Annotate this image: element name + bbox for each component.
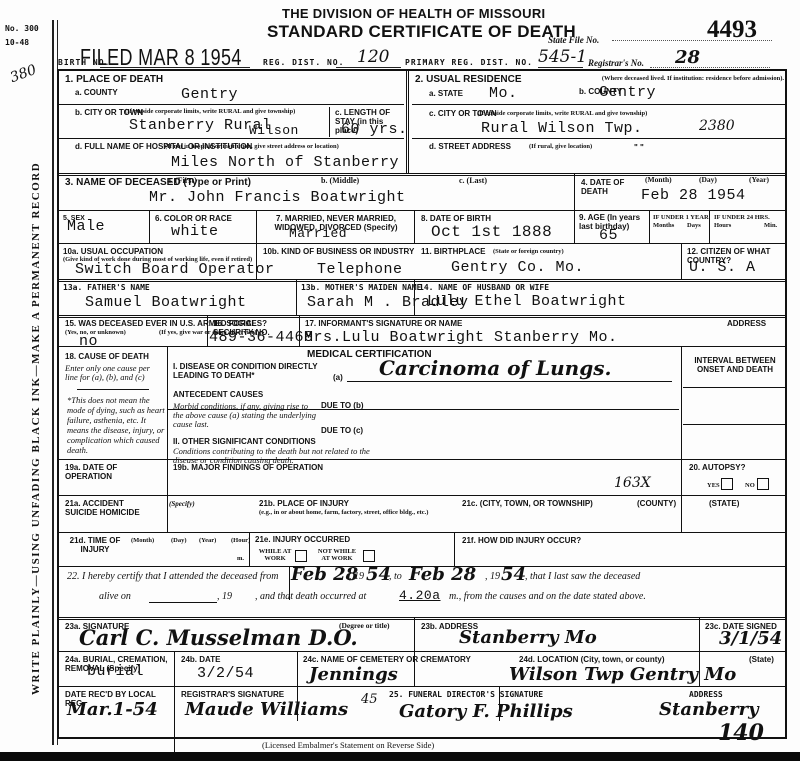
column-divider	[709, 211, 710, 243]
dob-label: 8. DATE OF BIRTH	[421, 214, 491, 223]
due-to-b-label: DUE TO (b)	[321, 401, 364, 410]
mother-label: 13b. MOTHER'S MAIDEN NAME	[301, 283, 421, 292]
injury-county-label: (COUNTY)	[637, 499, 676, 508]
last-name-label: c. (Last)	[459, 177, 487, 184]
occupation-value: Switch Board Operator	[75, 261, 275, 278]
armed-forces-value: no	[79, 333, 98, 350]
divider	[59, 104, 404, 105]
min-label: Min.	[764, 222, 777, 229]
residence-city-note: (If outside corporate limits, write RURA…	[477, 110, 647, 117]
cert-to-label: , to	[389, 572, 402, 581]
operation-date-label: 19a. DATE OF OPERATION	[65, 463, 165, 481]
line-a-underline	[347, 381, 672, 382]
funeral-director-signature: Gatory F. Phillips	[399, 701, 573, 722]
date-of-death-value: Feb 28 1954	[641, 187, 746, 204]
header-division: THE DIVISION OF HEALTH OF MISSOURI	[282, 6, 545, 21]
injury-day-label: (Day)	[171, 537, 187, 544]
not-while-at-work-label: NOT WHILE AT WORK	[313, 548, 361, 562]
column-divider	[454, 532, 455, 566]
cert-text-1: 22. I hereby certify that I attended the…	[67, 572, 278, 581]
birth-no-line	[100, 67, 250, 68]
middle-name-label: b. (Middle)	[321, 177, 359, 184]
divider	[59, 243, 787, 244]
physician-signature: Carl C. Musselman D.O.	[79, 625, 358, 650]
cert-to-year-prefix: , 19	[485, 572, 500, 581]
antecedent-label: ANTECEDENT CAUSES	[173, 390, 263, 399]
ssn-value: 489-36-4468	[209, 329, 314, 346]
registrar-no-line	[650, 67, 770, 68]
autopsy-no-checkbox[interactable]	[757, 478, 769, 490]
form-number: No. 300 10-48	[5, 22, 39, 50]
deceased-name-label: 3. NAME OF DECEASED (Type or Print)	[65, 177, 251, 188]
date-signed-value: 3/1/54	[719, 628, 782, 649]
father-value: Samuel Boatwright	[85, 294, 247, 311]
how-injury-label: 21f. HOW DID INJURY OCCUR?	[462, 536, 581, 545]
informant-label: 17. INFORMANT'S SIGNATURE OR NAME	[305, 319, 462, 328]
cemetery-label: 24c. NAME OF CEMETERY OR CREMATORY	[303, 655, 471, 664]
injury-year-label: (Year)	[199, 537, 216, 544]
location-label: 24d. LOCATION (City, town, or county)	[519, 655, 664, 664]
cause-note: Enter only one cause per line for (a), (…	[65, 364, 160, 382]
column-divider	[174, 686, 175, 756]
injury-m-label: m.	[237, 555, 244, 562]
age-value: 65	[599, 227, 618, 244]
dob-value: Oct 1st 1888	[431, 223, 552, 241]
dod-day-label: (Day)	[699, 176, 717, 183]
divider	[683, 424, 787, 425]
cemetery-value: Jennings	[309, 664, 398, 685]
place-of-injury-label: 21b. PLACE OF INJURY	[259, 499, 349, 508]
divider	[59, 279, 787, 282]
not-while-at-work-checkbox[interactable]	[363, 550, 375, 562]
injury-occurred-label: 21e. INJURY OCCURRED	[255, 535, 350, 544]
under-1-year-label: IF UNDER 1 YEAR	[653, 214, 709, 221]
date-received-value: Mar.1-54	[67, 699, 158, 720]
accident-label: 21a. ACCIDENT SUICIDE HOMICIDE	[65, 499, 145, 517]
registrar-signature-label: REGISTRAR'S SIGNATURE	[181, 690, 284, 699]
date-of-death-label: 4. DATE OF DEATH	[581, 178, 626, 196]
state-label: a. STATE	[429, 89, 463, 98]
column-divider	[297, 652, 298, 686]
column-divider	[681, 243, 682, 279]
days-label: Days	[687, 222, 701, 229]
reg-dist-number: 120	[357, 47, 389, 67]
column-divider	[574, 174, 575, 210]
residence-county-value: Gentry	[599, 84, 656, 101]
antecedent-note: Morbid conditions, if any, giving rise t…	[173, 402, 318, 429]
autopsy-label: 20. AUTOPSY?	[689, 463, 745, 472]
hours-label: Hours	[714, 222, 731, 229]
column-divider	[149, 211, 150, 243]
autopsy-yes-label: YES	[707, 482, 720, 489]
cert-to-year: 54	[501, 564, 526, 585]
months-label: Months	[653, 222, 674, 229]
column-divider	[296, 279, 297, 315]
disease-label: I. DISEASE OR CONDITION DIRECTLY LEADING…	[173, 362, 323, 380]
county-value: Gentry	[181, 86, 238, 103]
injury-hour-label: (Hour)	[231, 537, 250, 544]
funeral-address-label: ADDRESS	[689, 690, 723, 699]
registrar-annotation: 45	[361, 692, 378, 707]
cert-from-year: 54	[366, 564, 391, 585]
birthplace-label: 11. BIRTHPLACE	[421, 247, 485, 256]
usual-residence-label: 2. USUAL RESIDENCE	[415, 74, 522, 85]
city-note: (If outside corporate limits, write RURA…	[125, 108, 295, 115]
marital-value: Married	[289, 226, 347, 241]
street-note: (If rural, give location)	[529, 143, 592, 150]
autopsy-no-label: NO	[745, 482, 755, 489]
other-conditions-label: II. OTHER SIGNIFICANT CONDITIONS	[173, 437, 316, 446]
cause-of-death-label: 18. CAUSE OF DEATH	[65, 352, 149, 361]
column-divider	[174, 652, 175, 686]
funeral-director-address: Stanberry	[659, 699, 759, 720]
divider	[59, 346, 787, 347]
registrar-number: 28	[675, 47, 700, 68]
header-title: STANDARD CERTIFICATE OF DEATH	[267, 22, 576, 42]
cert-to-date: Feb 28	[409, 564, 476, 585]
form-revision: 10-48	[5, 36, 39, 50]
divider	[59, 495, 787, 496]
funeral-director-label: 25. FUNERAL DIRECTOR'S SIGNATURE	[389, 690, 543, 699]
primary-reg-dist-number: 545-1	[538, 47, 587, 67]
column-divider	[414, 618, 415, 651]
divider	[683, 387, 787, 388]
registrar-signature: Maude Williams	[185, 699, 348, 720]
residence-city-annotation: 2380	[699, 118, 735, 134]
usual-residence-note: (Where deceased lived. If institution: r…	[529, 75, 784, 82]
state-file-label: State File No.	[548, 35, 599, 45]
registrar-no-label: Registrar's No.	[588, 58, 644, 68]
injury-city-label: 21c. (CITY, TOWN, OR TOWNSHIP)	[462, 499, 593, 508]
cert-text-2: , that I last saw the deceased	[525, 572, 640, 581]
divider	[59, 532, 787, 533]
alive-on-line	[149, 602, 217, 603]
county-label: a. COUNTY	[75, 88, 118, 97]
spouse-label: 14. NAME OF HUSBAND OR WIFE	[419, 283, 549, 292]
cause-line-a: Carcinoma of Lungs.	[379, 356, 611, 380]
cert-death-time: 4.20a	[399, 588, 441, 603]
residence-city-value: Rural Wilson Twp.	[481, 120, 643, 137]
footer-note: (Licensed Embalmer's Statement on Revers…	[262, 741, 434, 750]
state-value: Mo.	[489, 85, 518, 102]
cert-alive-on: alive on	[99, 592, 131, 601]
scan-edge	[0, 752, 800, 761]
accident-specify: (Specify)	[169, 501, 195, 508]
footer-annotation: 140	[718, 720, 764, 746]
operation-annotation: 163X	[614, 475, 651, 491]
divider	[59, 138, 404, 139]
informant-value: Mrs.Lulu Boatwright Stanberry Mo.	[304, 329, 618, 346]
stay-value: 60 yrs.	[341, 121, 408, 138]
spouse-value: Lulu Ethel Boatwright	[427, 293, 627, 310]
birthplace-note: (State or foreign country)	[493, 248, 564, 255]
death-certificate: No. 300 10-48 380 WRITE PLAINLY—USING UN…	[0, 0, 800, 761]
divider	[59, 617, 787, 620]
birthplace-value: Gentry Co. Mo.	[451, 259, 584, 276]
dod-month-label: (Month)	[645, 176, 672, 183]
citizen-value: U. S. A	[689, 259, 756, 276]
divider	[59, 459, 787, 460]
column-divider	[167, 347, 168, 532]
certificate-form: 1. PLACE OF DEATH a. COUNTY Gentry b. CI…	[57, 69, 787, 739]
location-value: Wilson Twp Gentry Mo	[509, 664, 736, 685]
due-to-c-label: DUE TO (c)	[321, 426, 363, 435]
side-instruction: WRITE PLAINLY—USING UNFADING BLACK INK—M…	[30, 75, 42, 695]
line-a-label: (a)	[333, 373, 343, 382]
place-of-death-label: 1. PLACE OF DEATH	[65, 74, 163, 85]
street-value: " "	[634, 143, 644, 152]
business-label: 10b. KIND OF BUSINESS OR INDUSTRY	[263, 247, 414, 256]
deceased-name-value: Mr. John Francis Boatwright	[149, 189, 406, 206]
time-of-injury-label: 21d. TIME OF INJURY	[65, 536, 125, 554]
under-24-hrs-label: IF UNDER 24 HRS.	[714, 214, 770, 221]
autopsy-yes-checkbox[interactable]	[721, 478, 733, 490]
cert-text-4: , and that death occurred at	[255, 592, 366, 601]
form-number-text: No. 300	[5, 22, 39, 36]
cert-from-year-prefix: , 19	[349, 572, 364, 581]
column-divider	[681, 347, 682, 532]
business-value: Telephone	[317, 261, 403, 278]
interval-label: INTERVAL BETWEEN ONSET AND DEATH	[689, 356, 781, 374]
column-divider	[414, 211, 415, 243]
column-divider	[699, 618, 700, 651]
informant-address-label: ADDRESS	[727, 319, 766, 328]
township-value: Wilson	[249, 123, 299, 138]
divider	[59, 686, 787, 687]
injury-month-label: (Month)	[131, 537, 154, 544]
degree-label: (Degree or title)	[339, 622, 390, 629]
column-divider	[574, 211, 575, 243]
sex-value: Male	[67, 218, 105, 235]
divider	[412, 138, 787, 139]
physician-address: Stanberry Mo	[459, 627, 597, 648]
hospital-value: Miles North of Stanberry	[171, 154, 399, 171]
cert-text-5: m., from the causes and on the date stat…	[449, 592, 646, 601]
reg-dist-line	[336, 67, 401, 68]
while-at-work-checkbox[interactable]	[295, 550, 307, 562]
primary-reg-dist-line	[538, 67, 583, 68]
operation-findings-label: 19b. MAJOR FINDINGS OF OPERATION	[173, 463, 323, 472]
primary-reg-dist-label: PRIMARY REG. DIST. NO.	[405, 58, 533, 67]
divider	[412, 104, 787, 105]
race-label: 6. COLOR OR RACE	[155, 214, 232, 223]
race-value: white	[171, 223, 219, 240]
divider	[59, 210, 787, 211]
burial-date-value: 3/2/54	[197, 665, 254, 682]
first-name-label: a. (First)	[167, 177, 197, 184]
column-divider	[649, 211, 650, 243]
injury-state-label: (STATE)	[709, 499, 739, 508]
divider	[77, 389, 149, 390]
state-file-number: 4493	[707, 16, 757, 44]
divider	[59, 651, 787, 652]
father-label: 13a. FATHER'S NAME	[63, 283, 150, 292]
hospital-note: (If not in hospital or institution, give…	[165, 143, 339, 150]
reg-dist-label: REG. DIST. NO.	[263, 58, 344, 67]
burial-date-label: 24b. DATE	[181, 655, 220, 664]
cert-text-3: , 19	[217, 592, 232, 601]
occupation-label: 10a. USUAL OCCUPATION	[63, 247, 163, 256]
cause-footnote: *This does not mean the mode of dying, s…	[67, 395, 165, 455]
column-divider	[329, 107, 330, 137]
location-state-label: (State)	[749, 655, 774, 664]
dod-year-label: (Year)	[749, 176, 769, 183]
street-label: d. STREET ADDRESS	[429, 142, 511, 151]
divider	[59, 315, 787, 318]
while-at-work-label: WHILE AT WORK	[255, 548, 295, 562]
burial-type-value: burial	[87, 663, 144, 680]
place-of-injury-note: (e.g., in or about home, farm, factory, …	[259, 509, 428, 516]
